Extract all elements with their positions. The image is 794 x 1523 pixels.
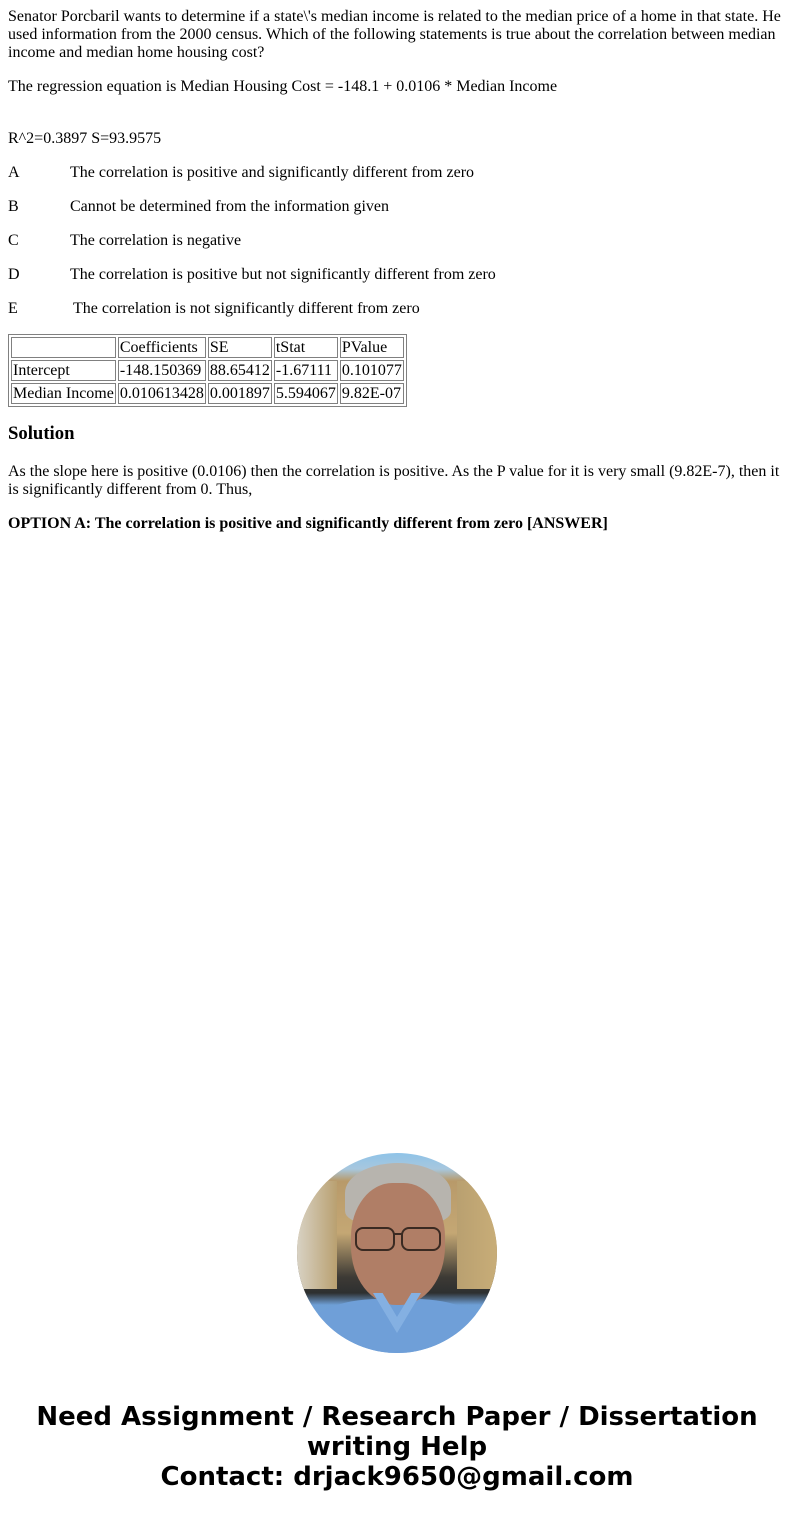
regression-table: Coefficients SE tStat PValue Intercept -… [8,334,407,407]
option-letter: A [8,164,70,182]
table-header-row: Coefficients SE tStat PValue [11,337,404,358]
option-text: Cannot be determined from the informatio… [70,198,389,215]
promo-line-1: Need Assignment / Research Paper / Disse… [0,1402,794,1432]
table-row: Intercept -148.150369 88.65412 -1.67111 … [11,360,404,381]
table-row: Median Income 0.010613428 0.001897 5.594… [11,383,404,404]
regression-equation: The regression equation is Median Housin… [8,78,557,96]
option-text: The correlation is negative [70,232,241,249]
option-letter: E [8,300,73,318]
header-cell [11,337,116,358]
header-cell: tStat [274,337,338,358]
header-cell: Coefficients [118,337,206,358]
option-text: The correlation is positive but not sign… [70,266,496,283]
option-e: EThe correlation is not significantly di… [8,300,420,318]
header-cell: PValue [340,337,404,358]
solution-heading: Solution [8,423,74,445]
option-c: CThe correlation is negative [8,232,241,250]
promo-contact: Contact: drjack9650@gmail.com [0,1462,794,1492]
table-cell: Intercept [11,360,116,381]
promo-line-2: writing Help [0,1432,794,1462]
table-cell: -148.150369 [118,360,206,381]
table-cell: Median Income [11,383,116,404]
option-text: The correlation is positive and signific… [70,164,474,181]
option-b: BCannot be determined from the informati… [8,198,389,216]
author-avatar-photo [297,1153,497,1353]
table-cell: 0.101077 [340,360,404,381]
solution-text: As the slope here is positive (0.0106) t… [8,463,786,499]
table-cell: 0.010613428 [118,383,206,404]
table-cell: 0.001897 [208,383,272,404]
header-cell: SE [208,337,272,358]
fit-statistics: R^2=0.3897 S=93.9575 [8,130,161,148]
table-cell: 5.594067 [274,383,338,404]
question-text: Senator Porcbaril wants to determine if … [8,8,786,62]
option-letter: C [8,232,70,250]
table-cell: -1.67111 [274,360,338,381]
option-letter: B [8,198,70,216]
solution-answer: OPTION A: The correlation is positive an… [8,515,608,533]
option-d: DThe correlation is positive but not sig… [8,266,496,284]
table-cell: 88.65412 [208,360,272,381]
promo-banner: Need Assignment / Research Paper / Disse… [0,1402,794,1492]
table-cell: 9.82E-07 [340,383,404,404]
option-text: The correlation is not significantly dif… [73,300,420,317]
option-a: AThe correlation is positive and signifi… [8,164,474,182]
option-letter: D [8,266,70,284]
